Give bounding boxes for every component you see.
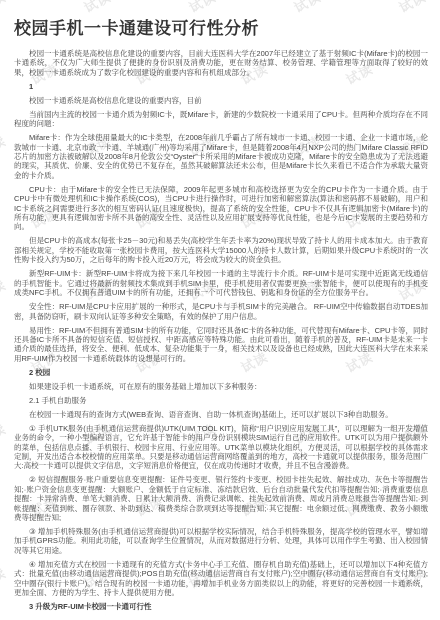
paragraph-current-media: 当前国内主流的校园一卡通介质为射频IC卡，既Mifare卡，新建的少数院校一卡通… [14, 110, 428, 129]
watermark-text: 试读 [0, 275, 9, 305]
paragraph-security: 安全性：RF-UIM是CPU卡应用扩展的一种形式，是CPU卡与手机SIM卡的完美… [14, 302, 428, 321]
page-title-text: 校园手机一卡通建设可行性分析 [14, 19, 259, 38]
section-3-heading: 3 升级为RF-UIM卡校园一卡通可行性 [14, 602, 428, 611]
paragraph-query-methods: 在校园一卡通现有的查询方式(WEB查询、语音查询、自助一体机查询)基础上，还可以… [14, 410, 428, 419]
paragraph-services: 如果建设手机一卡通系统，可在原有的服务基础上增加以下多种服务： [14, 382, 428, 391]
watermark-text: 试读 [0, 0, 9, 16]
paragraph-recharge-service: ④ 增加充值方式在校园一卡通现有的充值方式(卡务中心手工充值、圈存机自助充值)基… [14, 560, 428, 598]
paragraph-special-service: ③ 增加手机特殊服务(由手机通信运营商提供)可以根据学校实际情况，结合手机特殊服… [14, 527, 428, 555]
paragraph-mifare: Mifare卡：作为全球使用量最大的IC卡类型，在2008年前几乎霸占了所有城市… [14, 133, 428, 180]
paragraph-usability: 易用性：RF-UIM不但拥有普通SIM卡的所有功能，它同时还具备IC卡的各种功能… [14, 326, 428, 364]
paragraph-preview-line: 校园一卡通系统是高校信息化建设的重要内容，目前 [14, 96, 428, 105]
page-title: 校园手机一卡通建设可行性分析 [14, 14, 428, 39]
document-page: 试读试读试读试读试读试读试读试读试读试读试读试读试读试读试读试读试读试读试读试读… [0, 0, 440, 620]
paragraph-cpu-cost: 但是CPU卡的高成本(每张卡25－30元)和易丢失(高校学生年丢卡率为20%)现… [14, 236, 428, 264]
section-2-1-heading: 2.1 手机自助服务 [14, 396, 428, 405]
watermark-text: 试读 [0, 563, 9, 593]
watermark-text: 试读 [0, 131, 9, 161]
paragraph-intro: 校园一卡通系统是高校信息化建设的重要内容，目前大连医科大学在2007年已经建立了… [14, 49, 428, 77]
paragraph-cpu: CPU卡：由于Mifare卡的安全性已无法保障，2009年起更多城市和高校选择更… [14, 185, 428, 232]
paragraph-utk-service: ① 手机UTK服务(由手机通信运营商提供)UTK(UIM TOOL KIT)，简… [14, 424, 428, 471]
section-1-number: 1 [14, 82, 428, 91]
section-2-heading: 2 校园 [14, 368, 428, 377]
paragraph-rfuim: 新型RF-UIM卡：新型RF-UIM卡将成为接下来几年校园一卡通的主导流行卡介质… [14, 269, 428, 297]
watermark-text: 试读 [0, 419, 9, 449]
paragraph-sms-service: ② 短信提醒服务·账户重要信息变更提醒：证件号变更、银行签约卡变更、校园卡挂失起… [14, 475, 428, 522]
document-content: 校园手机一卡通建设可行性分析 校园一卡通系统是高校信息化建设的重要内容，目前大连… [14, 10, 428, 616]
